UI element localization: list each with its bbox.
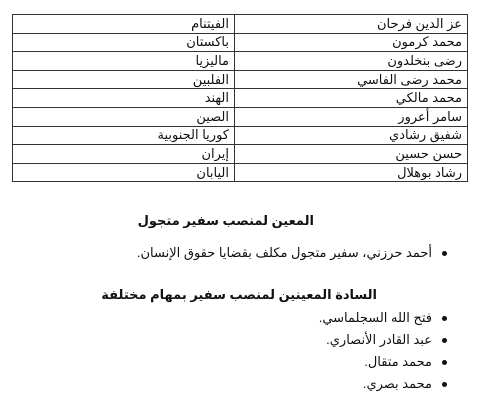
table-row: رضى بنخلدونماليزيا — [13, 52, 468, 71]
list-item: محمد متقال. — [319, 351, 452, 373]
table-row: شفيق رشاديكوريا الجنوبية — [13, 126, 468, 145]
name-cell: حسن حسين — [235, 145, 468, 164]
name-cell: عز الدين فرحان — [235, 15, 468, 34]
name-cell: رشاد بوهلال — [235, 163, 468, 182]
list-item: فتح الله السجلماسي. — [319, 307, 452, 329]
table-row: سامر أعرورالصين — [13, 107, 468, 126]
roving-ambassador-heading: المعين لمنصب سفير متجول — [138, 213, 314, 229]
roving-ambassador-list: أحمد حرزني، سفير متجول مكلف بقضايا حقوق … — [137, 242, 452, 264]
country-cell: الصين — [13, 107, 235, 126]
country-cell: الفيتنام — [13, 15, 235, 34]
country-cell: ماليزيا — [13, 52, 235, 71]
country-cell: اليابان — [13, 163, 235, 182]
country-cell: باكستان — [13, 33, 235, 52]
table-row: رشاد بوهلالاليابان — [13, 163, 468, 182]
special-ambassadors-list: فتح الله السجلماسي. عبد القادر الأنصاري.… — [319, 307, 452, 395]
table-row: محمد مالكيالهند — [13, 89, 468, 108]
list-item: عبد القادر الأنصاري. — [319, 329, 452, 351]
name-cell: سامر أعرور — [235, 107, 468, 126]
name-cell: محمد رضى الفاسي — [235, 70, 468, 89]
name-cell: محمد مالكي — [235, 89, 468, 108]
list-item: محمد بصري. — [319, 373, 452, 395]
name-cell: محمد كرمون — [235, 33, 468, 52]
ambassadors-table: عز الدين فرحانالفيتنام محمد كرمونباكستان… — [12, 14, 468, 182]
country-cell: إيران — [13, 145, 235, 164]
country-cell: كوريا الجنوبية — [13, 126, 235, 145]
table-row: محمد رضى الفاسيالفلبين — [13, 70, 468, 89]
name-cell: رضى بنخلدون — [235, 52, 468, 71]
special-ambassadors-heading: السادة المعينين لمنصب سفير بمهام مختلفة — [101, 287, 377, 303]
name-cell: شفيق رشادي — [235, 126, 468, 145]
country-cell: الفلبين — [13, 70, 235, 89]
table-row: عز الدين فرحانالفيتنام — [13, 15, 468, 34]
table-row: محمد كرمونباكستان — [13, 33, 468, 52]
list-item: أحمد حرزني، سفير متجول مكلف بقضايا حقوق … — [137, 242, 452, 264]
table-row: حسن حسينإيران — [13, 145, 468, 164]
country-cell: الهند — [13, 89, 235, 108]
